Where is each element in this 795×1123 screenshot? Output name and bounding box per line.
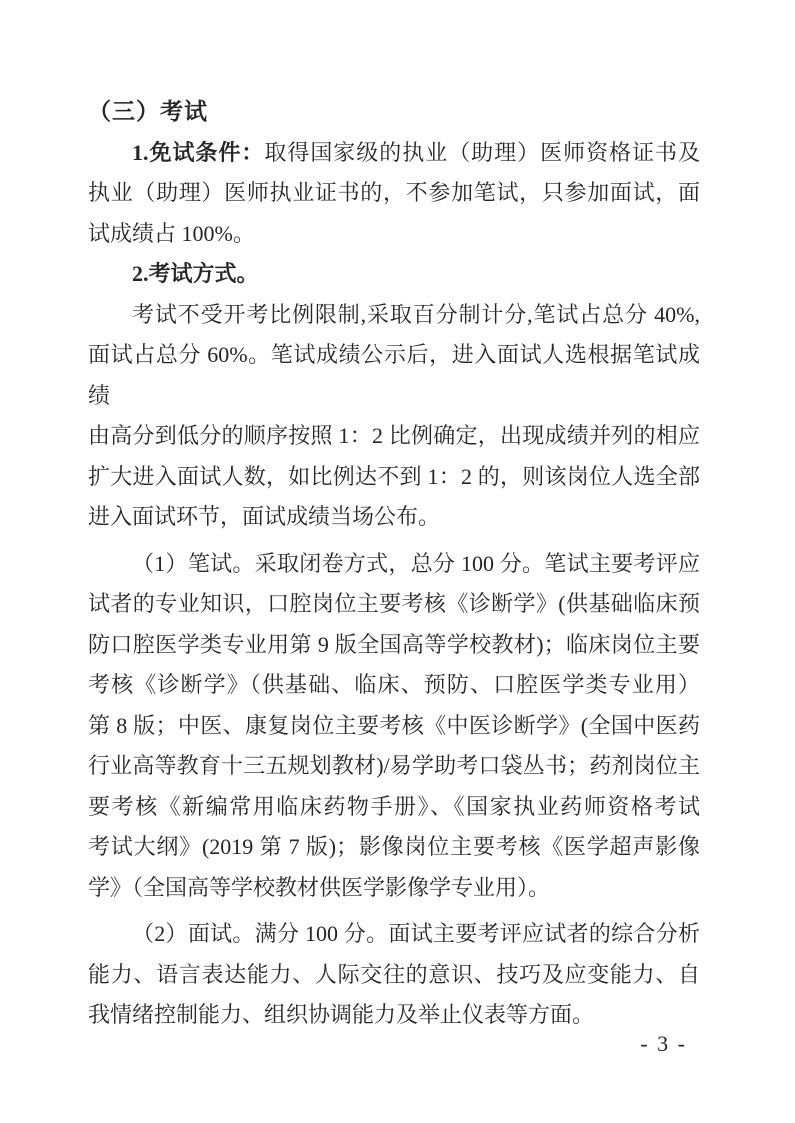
line-text: 防口腔医学类专业用第 9 版全国高等学校教材)；临床岗位主要 bbox=[88, 632, 700, 657]
text-line: 第 8 版；中医、康复岗位主要考核《中医诊断学》(全国中医药 bbox=[88, 706, 700, 747]
text-line: 要考核《新编常用临床药物手册》、《国家执业药师资格考试 bbox=[88, 787, 700, 828]
document-body: （三）考试 1.免试条件：取得国家级的执业（助理）医师资格证书及执业（助理）医师… bbox=[88, 92, 700, 1036]
text-line: 防口腔医学类专业用第 9 版全国高等学校教材)；临床岗位主要 bbox=[88, 625, 700, 666]
text-line: 试者的专业知识，口腔岗位主要考核《诊断学》(供基础临床预 bbox=[88, 584, 700, 625]
text-line: 能力、语言表达能力、人际交往的意识、技巧及应变能力、自 bbox=[88, 955, 700, 996]
bold-lead-in: 2.考试方式。 bbox=[132, 261, 259, 286]
line-text: 试者的专业知识，口腔岗位主要考核《诊断学》(供基础临床预 bbox=[88, 591, 700, 616]
line-text: 考核《诊断学》（供基础、临床、预防、口腔医学类专业用） bbox=[88, 672, 700, 697]
line-text: 试成绩占 100%。 bbox=[88, 221, 255, 246]
text-line: 执业（助理）医师执业证书的，不参加笔试，只参加面试，面 bbox=[88, 173, 700, 214]
text-line: 试成绩占 100%。 bbox=[88, 214, 700, 255]
text-line: 进入面试环节，面试成绩当场公布。 bbox=[88, 497, 700, 538]
document-page: （三）考试 1.免试条件：取得国家级的执业（助理）医师资格证书及执业（助理）医师… bbox=[0, 0, 795, 1123]
text-line: 面试占总分 60%。笔试成绩公示后，进入面试人选根据笔试成绩 bbox=[88, 335, 700, 416]
paragraph-exam-method-heading: 2.考试方式。 bbox=[88, 254, 700, 295]
bold-lead-in: 1.免试条件： bbox=[132, 140, 264, 165]
line-text: 由高分到低分的顺序按照 1：2 比例确定，出现成绩并列的相应 bbox=[88, 423, 700, 448]
text-line: 1.免试条件：取得国家级的执业（助理）医师资格证书及 bbox=[88, 133, 700, 174]
line-text: 取得国家级的执业（助理）医师资格证书及 bbox=[264, 140, 700, 165]
text-line: 考核《诊断学》（供基础、临床、预防、口腔医学类专业用） bbox=[88, 665, 700, 706]
text-line: 行业高等教育十三五规划教材)/易学助考口袋丛书；药剂岗位主 bbox=[88, 746, 700, 787]
line-text: 进入面试环节，面试成绩当场公布。 bbox=[88, 504, 440, 529]
paragraph-written-test: （1）笔试。采取闭卷方式，总分 100 分。笔试主要考评应试者的专业知识，口腔岗… bbox=[88, 544, 700, 909]
paragraph-interview: （2）面试。满分 100 分。面试主要考评应试者的综合分析能力、语言表达能力、人… bbox=[88, 914, 700, 1036]
text-line: 学》（全国高等学校教材供医学影像学专业用）。 bbox=[88, 868, 700, 909]
text-line: 我情绪控制能力、组织协调能力及举止仪表等方面。 bbox=[88, 995, 700, 1036]
text-line: 考试大纲》(2019 第 7 版)；影像岗位主要考核《医学超声影像 bbox=[88, 827, 700, 868]
page-number: - 3 - bbox=[640, 1031, 687, 1057]
text-line: （2）面试。满分 100 分。面试主要考评应试者的综合分析 bbox=[88, 914, 700, 955]
line-text: 考试不受开考比例限制,采取百分制计分,笔试占总分 40%, bbox=[132, 302, 700, 327]
text-line: （1）笔试。采取闭卷方式，总分 100 分。笔试主要考评应 bbox=[88, 544, 700, 585]
line-text: 考试大纲》(2019 第 7 版)；影像岗位主要考核《医学超声影像 bbox=[88, 834, 700, 859]
line-text: 我情绪控制能力、组织协调能力及举止仪表等方面。 bbox=[88, 1002, 594, 1027]
line-text: 能力、语言表达能力、人际交往的意识、技巧及应变能力、自 bbox=[88, 962, 700, 987]
line-text: 学》（全国高等学校教材供医学影像学专业用）。 bbox=[88, 875, 550, 900]
text-line: 扩大进入面试人数，如比例达不到 1：2 的，则该岗位人选全部 bbox=[88, 457, 700, 498]
text-line: 2.考试方式。 bbox=[88, 254, 700, 295]
line-text: 要考核《新编常用临床药物手册》、《国家执业药师资格考试 bbox=[88, 794, 700, 819]
line-text: 执业（助理）医师执业证书的，不参加笔试，只参加面试，面 bbox=[88, 180, 700, 205]
line-text: 第 8 版；中医、康复岗位主要考核《中医诊断学》(全国中医药 bbox=[88, 713, 700, 738]
line-text: 面试占总分 60%。笔试成绩公示后，进入面试人选根据笔试成绩 bbox=[88, 342, 700, 408]
section-heading: （三）考试 bbox=[88, 92, 700, 133]
text-line: 由高分到低分的顺序按照 1：2 比例确定，出现成绩并列的相应 bbox=[88, 416, 700, 457]
line-text: （2）面试。满分 100 分。面试主要考评应试者的综合分析 bbox=[132, 921, 700, 946]
line-text: 扩大进入面试人数，如比例达不到 1：2 的，则该岗位人选全部 bbox=[88, 464, 700, 489]
line-text: 行业高等教育十三五规划教材)/易学助考口袋丛书；药剂岗位主 bbox=[88, 753, 700, 778]
line-text: （1）笔试。采取闭卷方式，总分 100 分。笔试主要考评应 bbox=[132, 551, 700, 576]
paragraph-exemption-conditions: 1.免试条件：取得国家级的执业（助理）医师资格证书及执业（助理）医师执业证书的，… bbox=[88, 133, 700, 255]
paragraph-exam-method: 考试不受开考比例限制,采取百分制计分,笔试占总分 40%,面试占总分 60%。笔… bbox=[88, 295, 700, 538]
text-line: 考试不受开考比例限制,采取百分制计分,笔试占总分 40%, bbox=[88, 295, 700, 336]
